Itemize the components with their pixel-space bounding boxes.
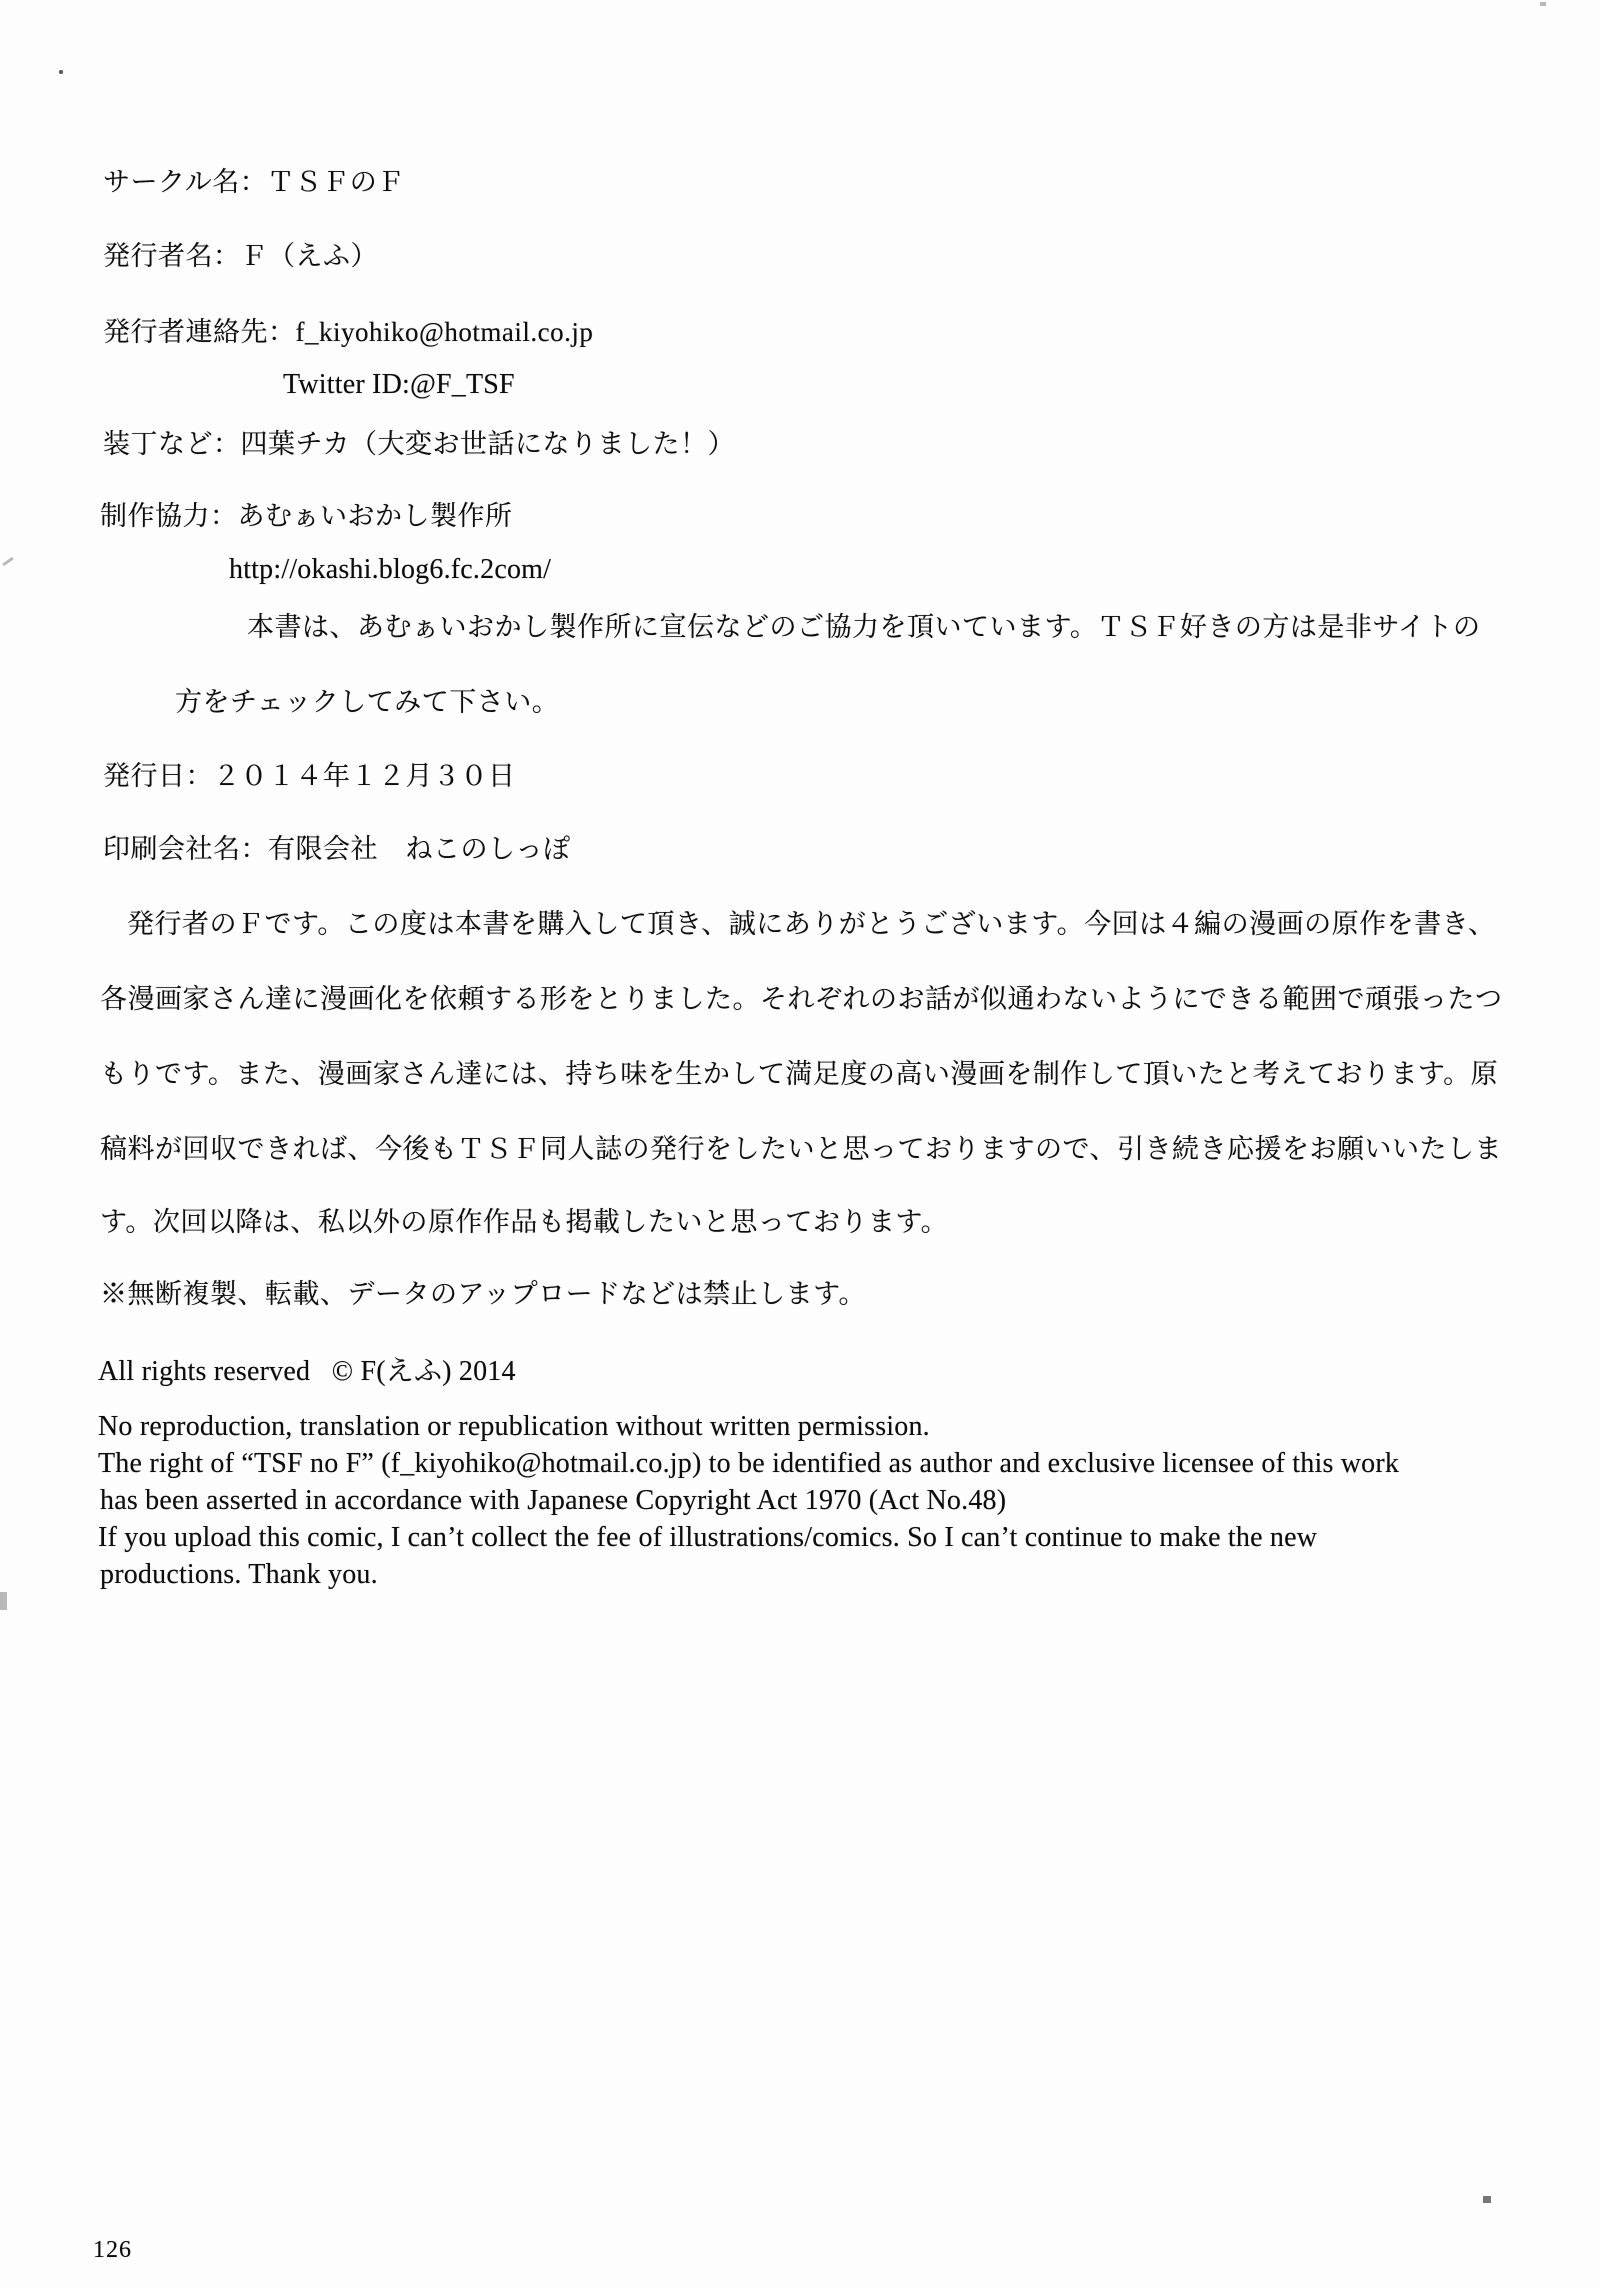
circle-name-line: サークル名：ＴＳＦのＦ xyxy=(103,169,405,196)
cooperation-url-line: http://okashi.blog6.fc.2com/ xyxy=(229,556,551,584)
colophon-page: サークル名：ＴＳＦのＦ 発行者名：Ｆ（えふ） 発行者連絡先：f_kiyohiko… xyxy=(0,0,1600,2288)
afterword-line-3: もりです。また、漫画家さん達には、持ち味を生かして満足度の高い漫画を制作して頂い… xyxy=(100,1061,1498,1088)
afterword-line-2: 各漫画家さん達に漫画化を依頼する形をとりました。それぞれのお話が似通わないように… xyxy=(100,986,1503,1013)
cooperation-note-line-2: 方をチェックしてみて下さい。 xyxy=(175,689,559,716)
scan-speck xyxy=(1483,2196,1491,2203)
cooperation-note-line-1: 本書は、あむぁいおかし製作所に宣伝などのご協力を頂いています。ＴＳＦ好きの方は是… xyxy=(247,614,1480,641)
afterword-line-1: 発行者のＦです。この度は本書を購入して頂き、誠にありがとうございます。今回は４編… xyxy=(127,911,1496,938)
publisher-name-line: 発行者名：Ｆ（えふ） xyxy=(103,243,378,270)
twitter-id-line: Twitter ID:@F_TSF xyxy=(283,371,515,399)
page-number: 126 xyxy=(93,2238,132,2262)
english-notice-line-3: has been asserted in accordance with Jap… xyxy=(100,1487,1006,1515)
binding-design-line: 装丁など：四葉チカ（大変お世話になりました！） xyxy=(103,431,735,458)
issue-date-line: 発行日：２０１４年１２月３０日 xyxy=(103,763,516,790)
publisher-contact-line: 発行者連絡先：f_kiyohiko@hotmail.co.jp xyxy=(103,319,593,346)
afterword-line-4: 稿料が回収できれば、今後もＴＳＦ同人誌の発行をしたいと思っておりますので、引き続… xyxy=(100,1136,1502,1163)
afterword-line-5: す。次回以降は、私以外の原作作品も掲載したいと思っております。 xyxy=(100,1209,948,1236)
production-cooperation-line: 制作協力：あむぁいおかし製作所 xyxy=(100,503,513,530)
scan-speck xyxy=(1540,2,1546,6)
english-notice-line-4: If you upload this comic, I can’t collec… xyxy=(98,1524,1317,1552)
scan-speck xyxy=(0,1592,7,1610)
english-notice-line-1: No reproduction, translation or republic… xyxy=(98,1413,930,1441)
copyright-line: All rights reserved © F(えふ) 2014 xyxy=(98,1358,516,1386)
scan-speck xyxy=(59,70,63,74)
printing-company-line: 印刷会社名：有限会社 ねこのしっぽ xyxy=(103,836,571,863)
english-notice-line-5: productions. Thank you. xyxy=(100,1561,378,1589)
english-notice-line-2: The right of “TSF no F” (f_kiyohiko@hotm… xyxy=(98,1450,1399,1478)
scan-speck xyxy=(2,557,14,566)
prohibition-notice-line: ※無断複製、転載、データのアップロードなどは禁止します。 xyxy=(100,1281,866,1308)
